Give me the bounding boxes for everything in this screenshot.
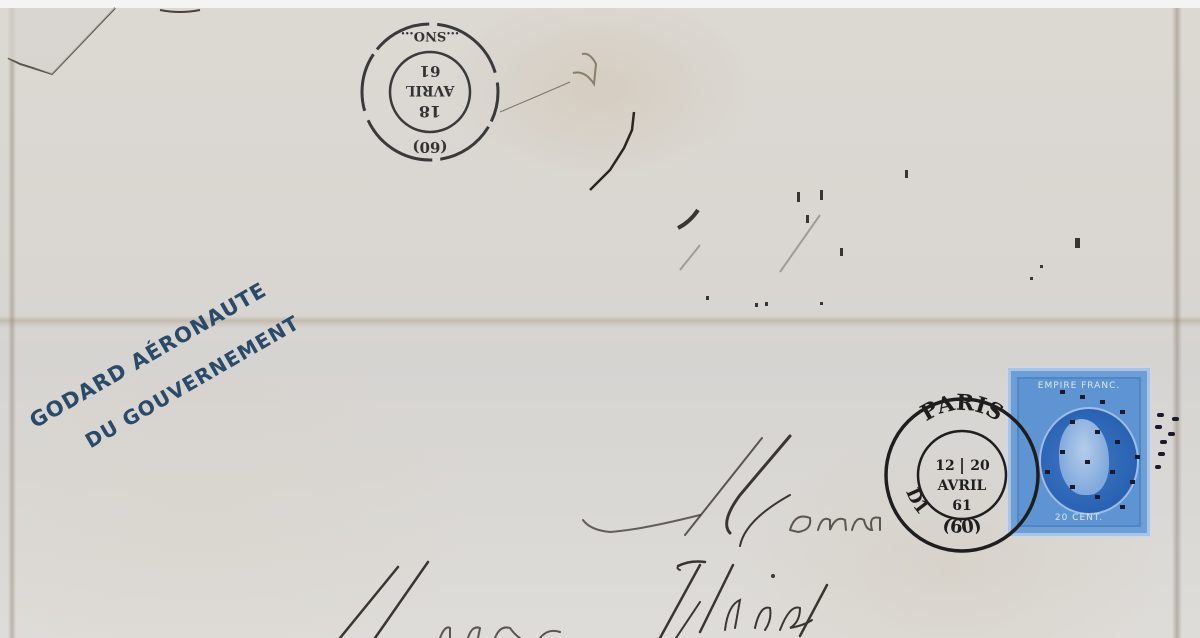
address-script [340,436,880,638]
handwritten-address: Monsieur Poiroi Monsieur… [0,0,1200,638]
